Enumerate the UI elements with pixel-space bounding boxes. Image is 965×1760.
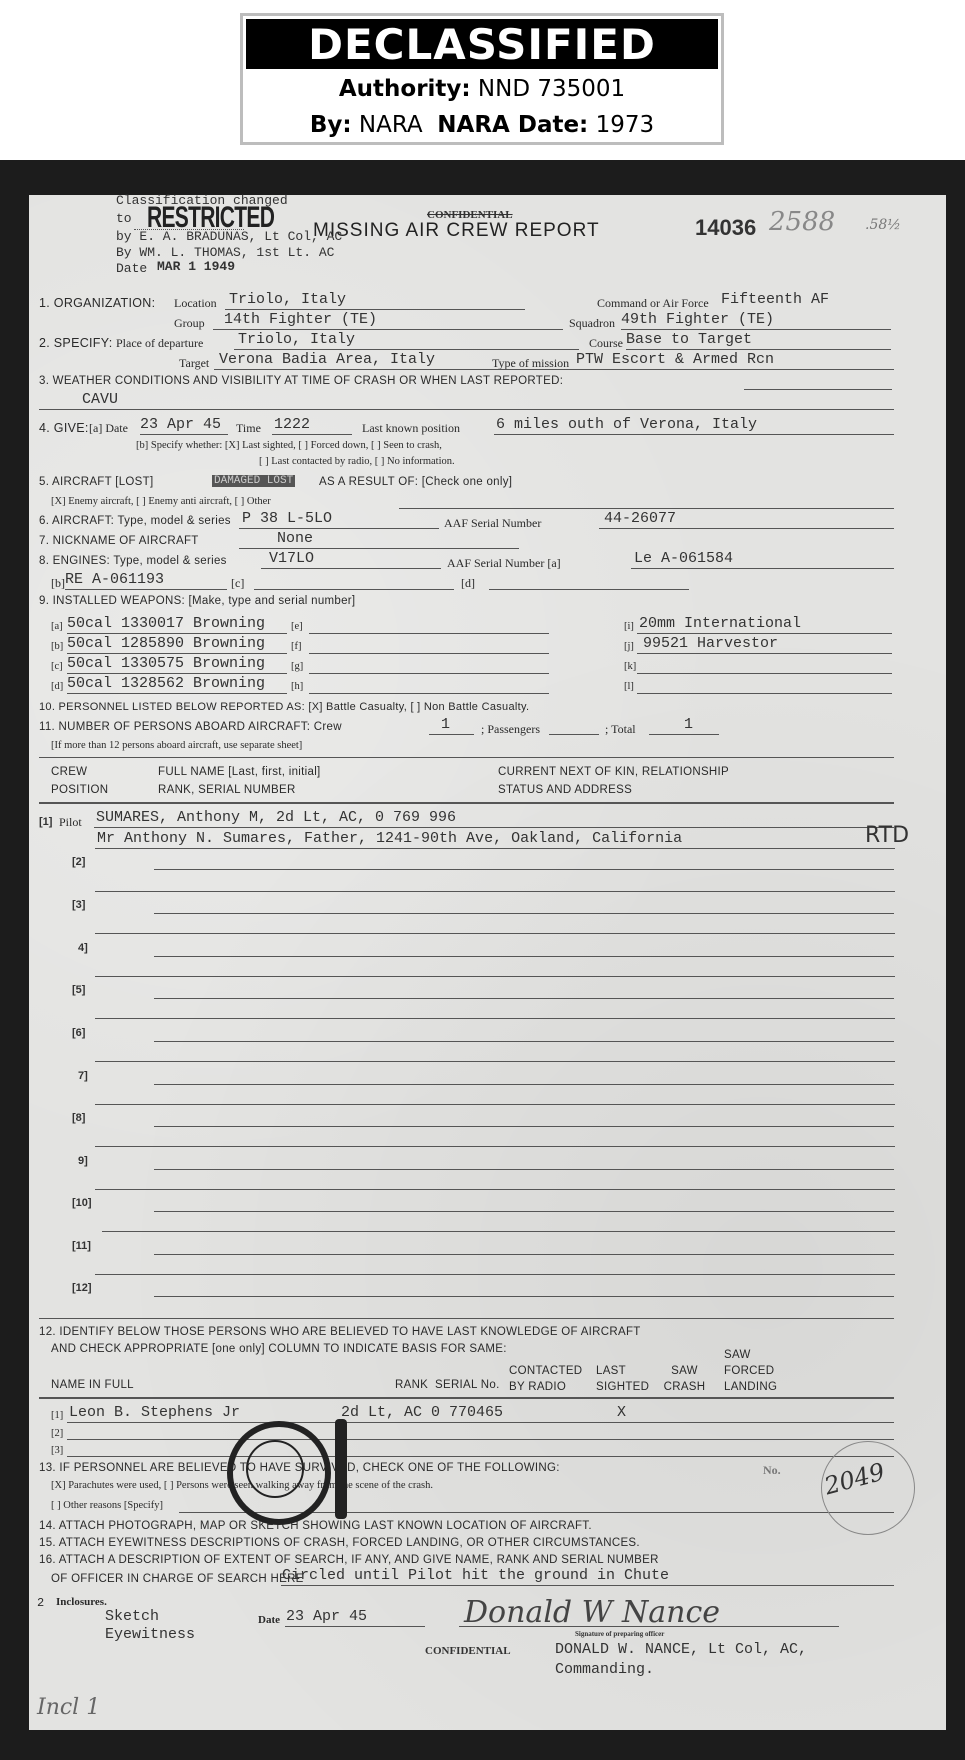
reclass-to-label: to xyxy=(116,211,132,226)
witness-mark: X xyxy=(617,1404,626,1421)
squadron-value: 49th Fighter (TE) xyxy=(621,311,774,328)
org-label: 1. ORGANIZATION: xyxy=(39,296,155,310)
crew-row-number: [1] xyxy=(39,816,52,828)
signature: Donald W Nance xyxy=(464,1595,720,1630)
declassified-banner: DECLASSIFIED Authority: NND 735001 By: N… xyxy=(240,13,724,145)
crew-kin: Mr Anthony N. Sumares, Father, 1241-90th… xyxy=(97,830,682,847)
group-value: 14th Fighter (TE) xyxy=(224,311,377,328)
inclosure-2: Eyewitness xyxy=(105,1626,195,1643)
no-label: No. xyxy=(763,1463,781,1478)
location-value: Triolo, Italy xyxy=(229,291,346,308)
course-value: Base to Target xyxy=(626,331,752,348)
specify-line-1: [b] Specify whether: [X] Last sighted, [… xyxy=(136,440,442,451)
date-value: 23 Apr 45 xyxy=(140,416,221,433)
nickname-value: None xyxy=(277,530,313,547)
handwritten-ref: .58½ xyxy=(865,217,901,233)
target-value: Verona Badia Area, Italy xyxy=(219,351,435,368)
weather-value: CAVU xyxy=(82,391,118,408)
banner-by: By: NARA NARA Date: 1973 xyxy=(243,107,721,143)
command-value: Fifteenth AF xyxy=(721,291,829,308)
total-count: 1 xyxy=(684,716,693,733)
signer-name: DONALD W. NANCE, Lt Col, AC, xyxy=(555,1641,807,1658)
reclass-by-2: By WM. L. THOMAS, 1st Lt. AC xyxy=(116,245,334,260)
reclass-date-label: Date xyxy=(116,261,147,276)
form-title: MISSING AIR CREW REPORT xyxy=(313,220,600,242)
search-description: Circled until Pilot hit the ground in Ch… xyxy=(282,1567,669,1584)
engine-type-value: V17LO xyxy=(269,550,314,567)
banner-authority: Authority: NND 735001 xyxy=(243,71,721,107)
time-value: 1222 xyxy=(274,416,310,433)
reclass-by-1: by E. A. BRADUNAS, Lt Col, AC xyxy=(116,229,342,244)
cause-options: [X] Enemy aircraft, [ ] Enemy anti aircr… xyxy=(51,496,271,507)
signer-title: Commanding. xyxy=(555,1661,654,1678)
handwritten-number: 2588 xyxy=(769,207,835,237)
aircraft-type-value: P 38 L-5LO xyxy=(242,510,332,527)
position-value: 6 miles outh of Verona, Italy xyxy=(496,416,757,433)
struck-text: DAMAGED LOST xyxy=(212,475,295,487)
banner-title: DECLASSIFIED xyxy=(246,19,718,69)
witness-name: Leon B. Stephens Jr xyxy=(69,1404,240,1421)
confidential-footer: CONFIDENTIAL xyxy=(425,1645,511,1657)
crew-position: Pilot xyxy=(59,815,82,830)
document-page: Classification changed to RESTRICTED by … xyxy=(29,195,946,1730)
casualty-type: 10. PERSONNEL LISTED BELOW REPORTED AS: … xyxy=(39,701,529,713)
margin-note: Incl 1 xyxy=(37,1695,100,1720)
inclosure-1: Sketch xyxy=(105,1608,159,1625)
mission-value: PTW Escort & Armed Rcn xyxy=(576,351,774,368)
stamp-bar xyxy=(335,1419,347,1519)
departure-value: Triolo, Italy xyxy=(238,331,355,348)
crew-name: SUMARES, Anthony M, 2d Lt, AC, 0 769 996 xyxy=(96,809,456,826)
reclass-date-value: MAR 1 1949 xyxy=(157,259,235,274)
engine-serial-a: Le A-061584 xyxy=(634,550,733,567)
report-number: 14036 xyxy=(695,215,756,241)
specify-line-2: [ ] Last contacted by radio, [ ] No info… xyxy=(259,456,455,467)
footer-date: 23 Apr 45 xyxy=(286,1608,367,1625)
crew-count: 1 xyxy=(441,716,450,733)
aircraft-serial-value: 44-26077 xyxy=(604,510,676,527)
witness-rank-serial: 2d Lt, AC 0 770465 xyxy=(341,1404,503,1421)
engine-serial-b: RE A-061193 xyxy=(65,571,164,588)
crew-status: RTD xyxy=(865,823,909,848)
